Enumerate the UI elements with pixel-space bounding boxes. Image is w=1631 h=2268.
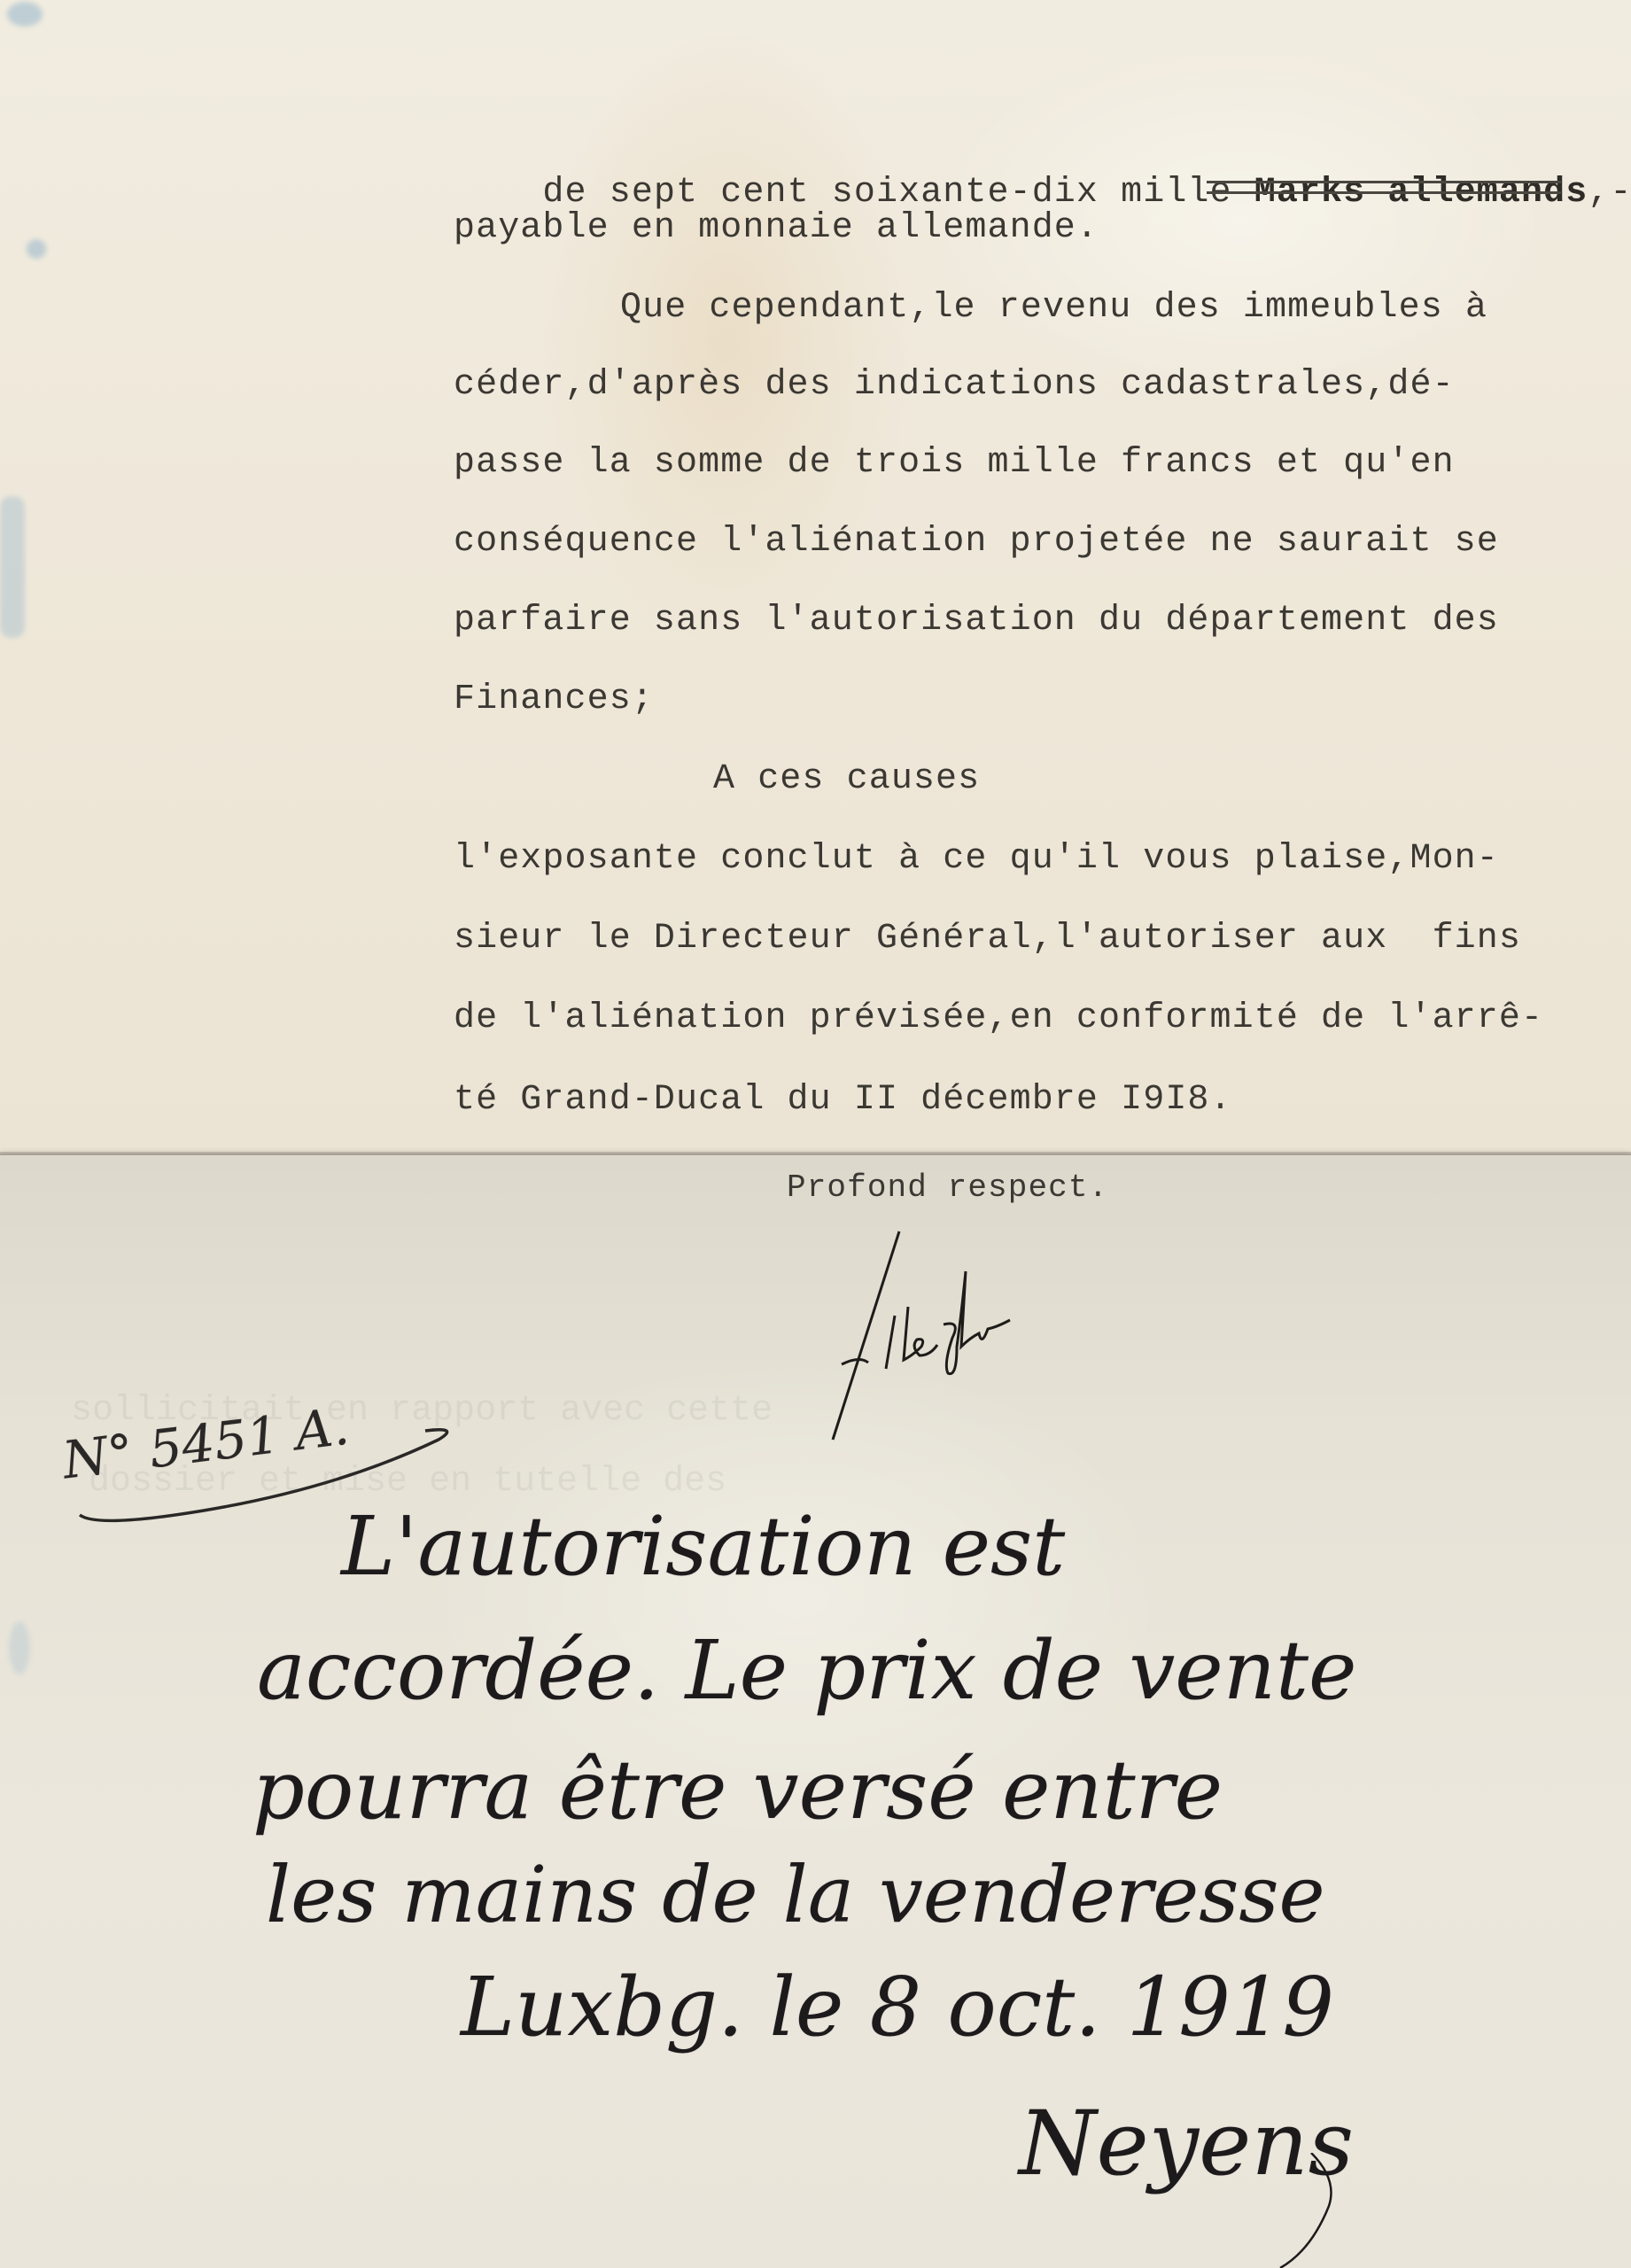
ink-stain <box>27 239 46 259</box>
typed-line-4: céder,d'après des indications cadastrale… <box>454 368 1455 403</box>
typed-line-3: Que cependant,le revenu des immeubles à <box>620 291 1487 326</box>
handwritten-line-4: les mains de la venderesse <box>266 1856 1325 1934</box>
typed-line-6: conséquence l'aliénation projetée ne sau… <box>454 524 1499 560</box>
double-underline <box>1207 181 1561 194</box>
show-through-text: sollicitait en rapport avec cette <box>71 1391 773 1431</box>
typed-line-11: sieur le Directeur Général,l'autoriser a… <box>454 921 1521 957</box>
typed-line-9: A ces causes <box>713 762 980 797</box>
handwritten-line-2: accordée. Le prix de vente <box>257 1630 1356 1712</box>
sender-signature <box>780 1223 1240 1453</box>
approver-signature-tail <box>1276 2153 1400 2268</box>
typed-line-5: passe la somme de trois mille francs et … <box>454 446 1455 481</box>
signature-metzler-icon <box>780 1223 1240 1453</box>
handwritten-line-1: L'autorisation est <box>341 1506 1065 1588</box>
typed-line-7: parfaire sans l'autorisation du départem… <box>454 603 1499 639</box>
typed-line-13: té Grand-Ducal du II décembre I9I8. <box>454 1083 1232 1118</box>
handwritten-date-line: Luxbg. le 8 oct. 1919 <box>461 1967 1334 2048</box>
typed-line-2: payable en monnaie allemande. <box>454 211 1099 246</box>
typed-line-12: de l'aliénation prévisée,en conformité d… <box>454 1001 1543 1037</box>
ink-stain <box>7 2 43 27</box>
paper-fold <box>0 1152 1631 1155</box>
handwritten-line-3: pourra être versé entre <box>252 1750 1223 1831</box>
typed-line-10: l'exposante conclut à ce qu'il vous plai… <box>454 842 1499 877</box>
ink-stain <box>9 1621 30 1674</box>
show-through-text: dossier et mise en tutelle des <box>89 1462 726 1502</box>
ink-stain <box>0 496 25 638</box>
typed-line-8: Finances; <box>454 682 654 718</box>
closing-salutation: Profond respect. <box>787 1172 1108 1204</box>
